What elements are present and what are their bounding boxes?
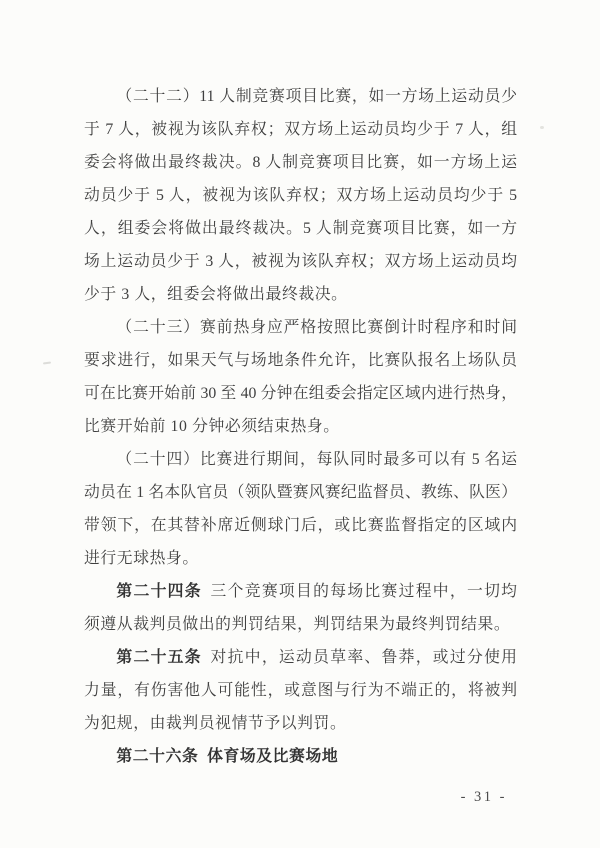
body-text: 进行无球热身。 [84,550,199,567]
body-text: 带领下，在其替补席近侧球门后，或比赛监督指定的区域内 [84,517,517,534]
bold-text: 第二十四条 [116,583,201,600]
body-text: 为犯规，由裁判员视情节予以判罚。 [84,715,346,732]
text-line: （二十三）赛前热身应严格按照比赛倒计时程序和时间 [84,311,517,344]
text-line: 第二十五条对抗中，运动员草率、鲁莽，或过分使用 [84,641,517,674]
body-text: （二十三）赛前热身应严格按照比赛倒计时程序和时间 [116,319,517,336]
text-line: 人，组委会将做出最终裁决。5 人制竞赛项目比赛，如一方 [84,212,517,245]
body-text: 须遵从裁判员做出的判罚结果，判罚结果为最终判罚结果。 [84,616,510,633]
text-line: 带领下，在其替补席近侧球门后，或比赛监督指定的区域内 [84,509,517,542]
body-text: （二十二）11 人制竞赛项目比赛，如一方场上运动员少 [116,88,517,105]
text-line: 比赛开始前 10 分钟必须结束热身。 [84,410,517,443]
text-line: 进行无球热身。 [84,542,517,575]
article-26-paragraph: 第二十六条体育场及比赛场地 [84,740,517,773]
text-line: 为犯规，由裁判员视情节予以判罚。 [84,707,517,740]
text-line: 场上运动员少于 3 人，被视为该队弃权；双方场上运动员均 [84,245,517,278]
body-text: 于 7 人，被视为该队弃权；双方场上运动员均少于 7 人，组 [84,121,517,138]
text-line: 要求进行，如果天气与场地条件允许，比赛队报名上场队员 [84,344,517,377]
article-24-paragraph: 第二十四条三个竞赛项目的每场比赛过程中，一切均须遵从裁判员做出的判罚结果，判罚结… [84,575,517,641]
text-line: 力量，有伤害他人可能性，或意图与行为不端正的，将被判 [84,674,517,707]
text-line: 委会将做出最终裁决。8 人制竞赛项目比赛，如一方场上运 [84,146,517,179]
text-line: 于 7 人，被视为该队弃权；双方场上运动员均少于 7 人，组 [84,113,517,146]
body-text: 三个竞赛项目的每场比赛过程中，一切均 [211,583,517,600]
bold-text: 体育场及比赛场地 [207,748,338,765]
text-block: （二十二）11 人制竞赛项目比赛，如一方场上运动员少于 7 人，被视为该队弃权；… [84,80,517,773]
text-line: 第二十四条三个竞赛项目的每场比赛过程中，一切均 [84,575,517,608]
text-line: （二十四）比赛进行期间，每队同时最多可以有 5 名运 [84,443,517,476]
body-text: 动员少于 5 人，被视为该队弃权；双方场上运动员均少于 5 [84,187,517,204]
item-22-paragraph: （二十二）11 人制竞赛项目比赛，如一方场上运动员少于 7 人，被视为该队弃权；… [84,80,517,311]
page-number: - 31 - [461,789,507,806]
text-line: 可在比赛开始前 30 至 40 分钟在组委会指定区域内进行热身， [84,377,517,410]
body-text: 人，组委会将做出最终裁决。5 人制竞赛项目比赛，如一方 [84,220,517,237]
text-line: 动员少于 5 人，被视为该队弃权；双方场上运动员均少于 5 [84,179,517,212]
body-text: 少于 3 人，组委会将做出最终裁决。 [84,286,348,303]
body-text: 可在比赛开始前 30 至 40 分钟在组委会指定区域内进行热身， [84,385,517,402]
body-text: 对抗中，运动员草率、鲁莽，或过分使用 [211,649,517,666]
body-text: 比赛开始前 10 分钟必须结束热身。 [84,418,340,435]
text-line: （二十二）11 人制竞赛项目比赛，如一方场上运动员少 [84,80,517,113]
text-line: 动员在 1 名本队官员（领队暨赛风赛纪监督员、教练、队医） [84,476,517,509]
text-line: 第二十六条体育场及比赛场地 [84,740,517,773]
scanned-document-page: （二十二）11 人制竞赛项目比赛，如一方场上运动员少于 7 人，被视为该队弃权；… [0,0,600,848]
body-text: 动员在 1 名本队官员（领队暨赛风赛纪监督员、教练、队医） [84,484,517,501]
text-line: 须遵从裁判员做出的判罚结果，判罚结果为最终判罚结果。 [84,608,517,641]
bold-text: 第二十六条 [116,748,198,765]
scan-artifact [540,126,544,129]
item-23-paragraph: （二十三）赛前热身应严格按照比赛倒计时程序和时间要求进行，如果天气与场地条件允许… [84,311,517,443]
body-text: （二十四）比赛进行期间，每队同时最多可以有 5 名运 [116,451,517,468]
body-text: 委会将做出最终裁决。8 人制竞赛项目比赛，如一方场上运 [84,154,517,171]
body-text: 力量，有伤害他人可能性，或意图与行为不端正的，将被判 [84,682,517,699]
text-line: 少于 3 人，组委会将做出最终裁决。 [84,278,517,311]
body-text: 场上运动员少于 3 人，被视为该队弃权；双方场上运动员均 [84,253,517,270]
bold-text: 第二十五条 [116,649,201,666]
scan-artifact [43,361,51,364]
article-25-paragraph: 第二十五条对抗中，运动员草率、鲁莽，或过分使用力量，有伤害他人可能性，或意图与行… [84,641,517,740]
item-24-paragraph: （二十四）比赛进行期间，每队同时最多可以有 5 名运动员在 1 名本队官员（领队… [84,443,517,575]
body-text: 要求进行，如果天气与场地条件允许，比赛队报名上场队员 [84,352,517,369]
